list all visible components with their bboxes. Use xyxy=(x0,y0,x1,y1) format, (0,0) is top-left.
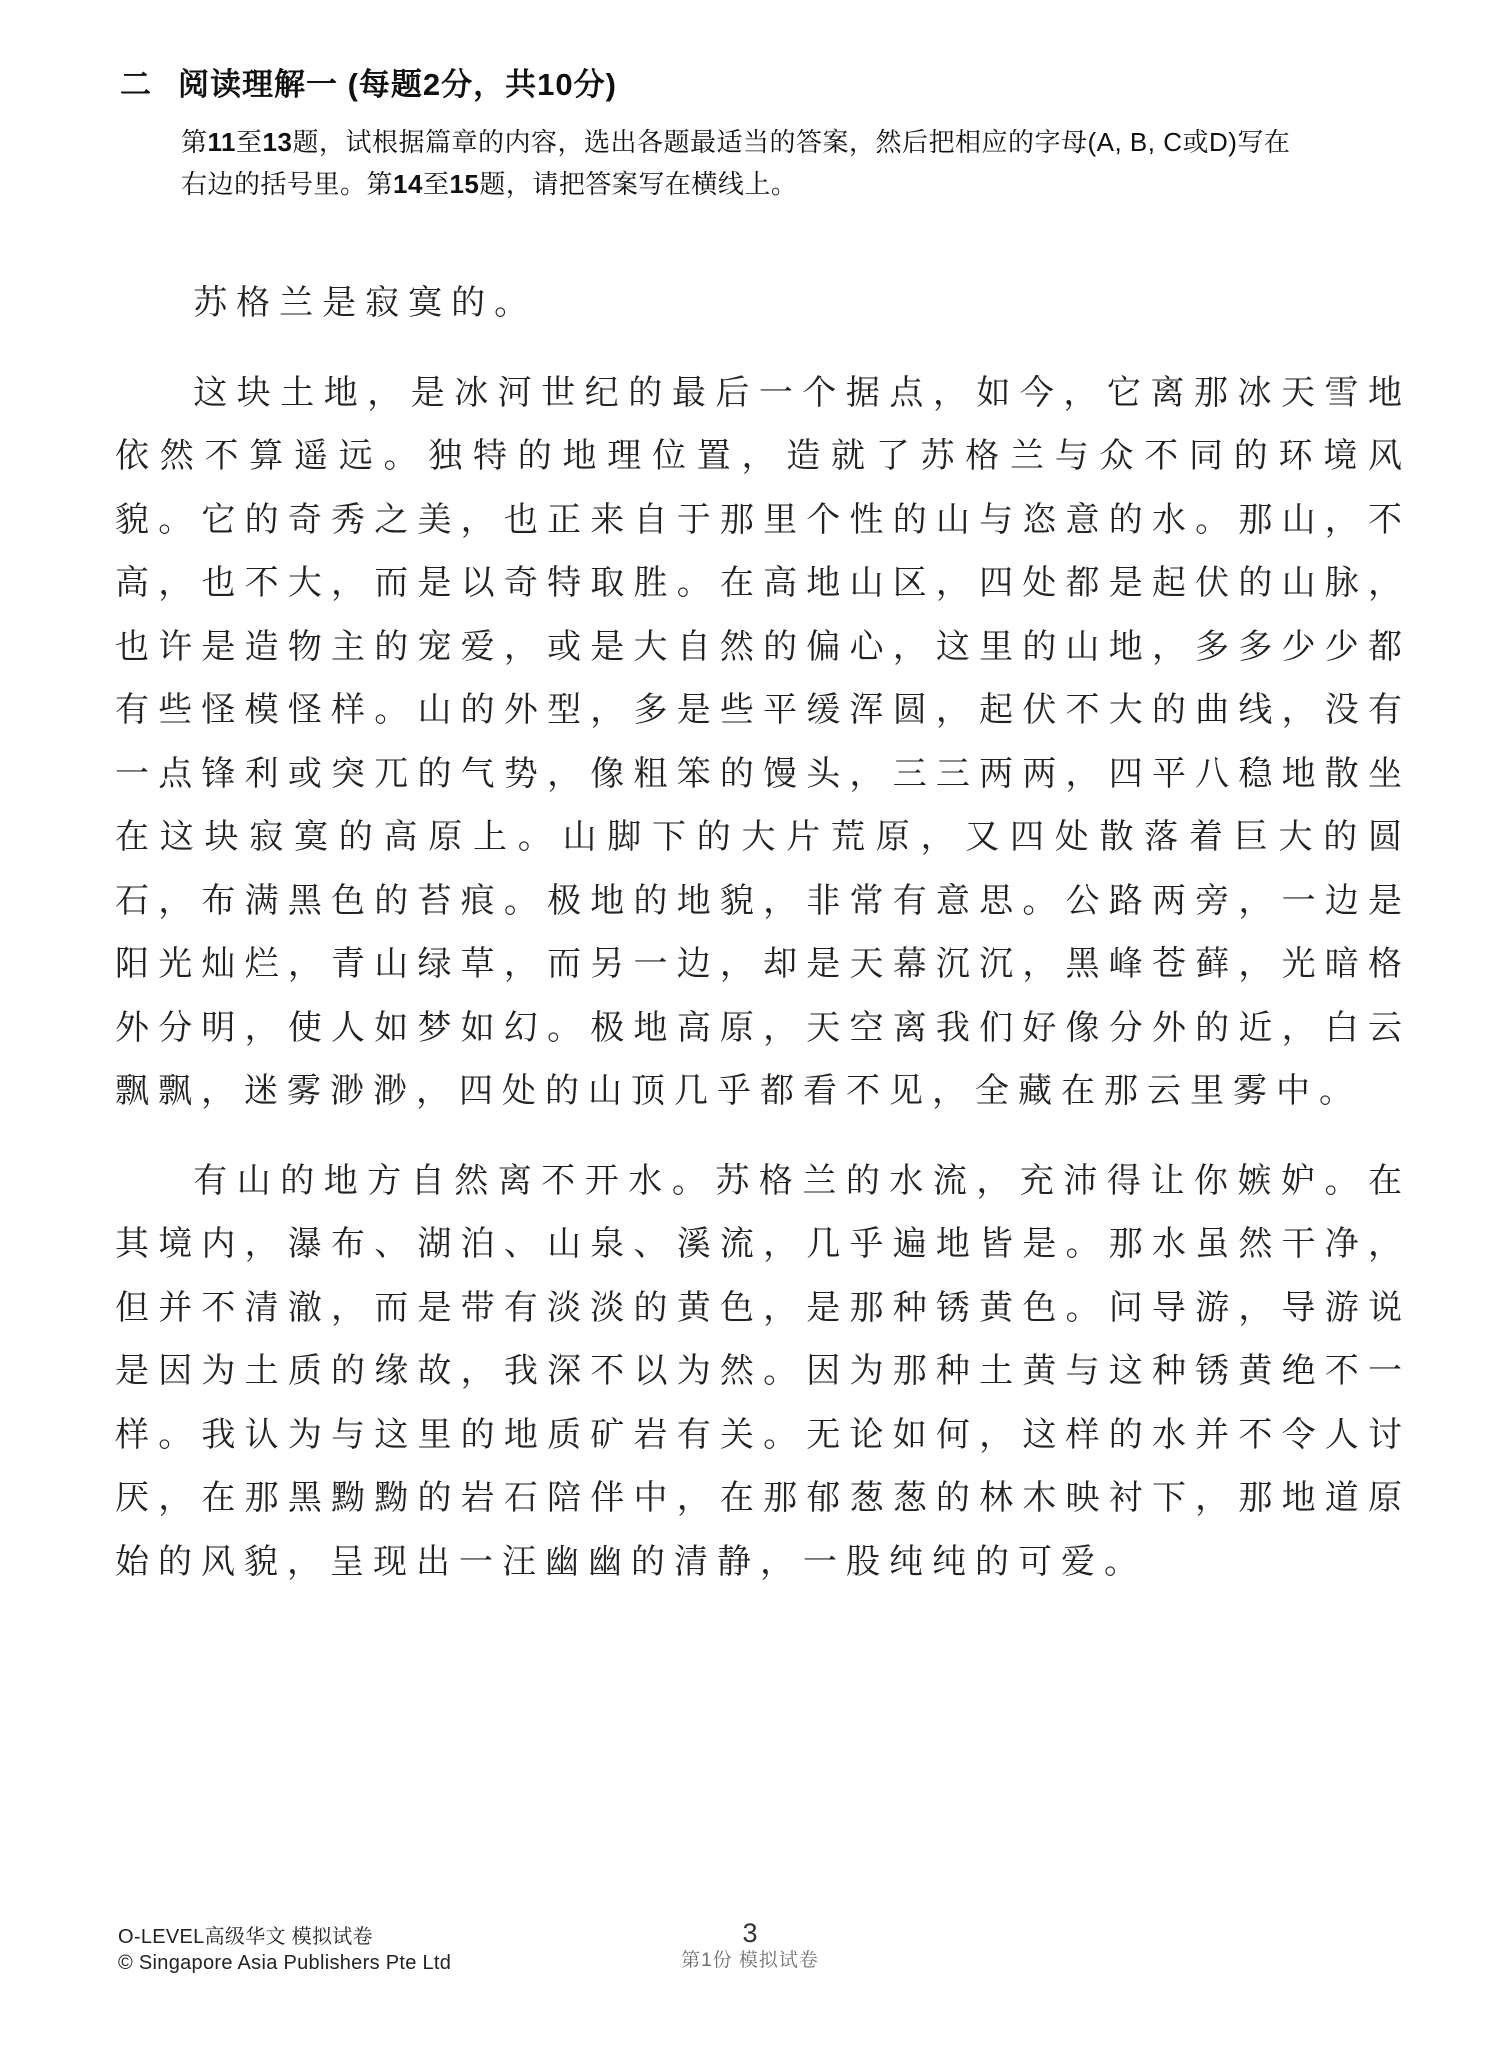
instruction-number: 14 xyxy=(393,169,423,199)
exam-page: 二 阅读理解一 (每题2分，共10分) 第11至13题，试根据篇章的内容，选出各… xyxy=(0,0,1500,2049)
instruction-number: 15 xyxy=(449,169,479,199)
instruction-text: 至 xyxy=(423,169,450,199)
instruction-number: 13 xyxy=(263,127,293,157)
instruction-text: 第 xyxy=(181,127,208,157)
page-number: 3 xyxy=(0,1918,1500,1948)
section-number: 二 xyxy=(120,66,178,105)
footer-center: 3 第1份 模拟试卷 xyxy=(0,1918,1500,1974)
passage-paragraph-2: 这块土地，是冰河世纪的最后一个据点，如今，它离那冰天雪地依然不算遥远。独特的地理… xyxy=(115,362,1411,1124)
instruction-text: 至 xyxy=(236,127,263,157)
instructions: 第11至13题，试根据篇章的内容，选出各题最适当的答案，然后把相应的字母(A, … xyxy=(181,121,1313,205)
instruction-number: 11 xyxy=(208,127,237,157)
footer-part-label: 第1份 模拟试卷 xyxy=(0,1948,1500,1974)
passage-paragraph-1: 苏格兰是寂寞的。 xyxy=(115,272,1411,336)
passage-paragraph-3: 有山的地方自然离不开水。苏格兰的水流，充沛得让你嫉妒。在其境内，瀑布、湖泊、山泉… xyxy=(115,1150,1411,1595)
section-title: 阅读理解一 (每题2分，共10分) xyxy=(178,66,1410,105)
reading-passage: 苏格兰是寂寞的。 这块土地，是冰河世纪的最后一个据点，如今，它离那冰天雪地依然不… xyxy=(115,272,1411,1620)
instruction-text: 题，请把答案写在横线上。 xyxy=(479,169,797,199)
section-heading: 二 阅读理解一 (每题2分，共10分) xyxy=(120,66,1410,105)
